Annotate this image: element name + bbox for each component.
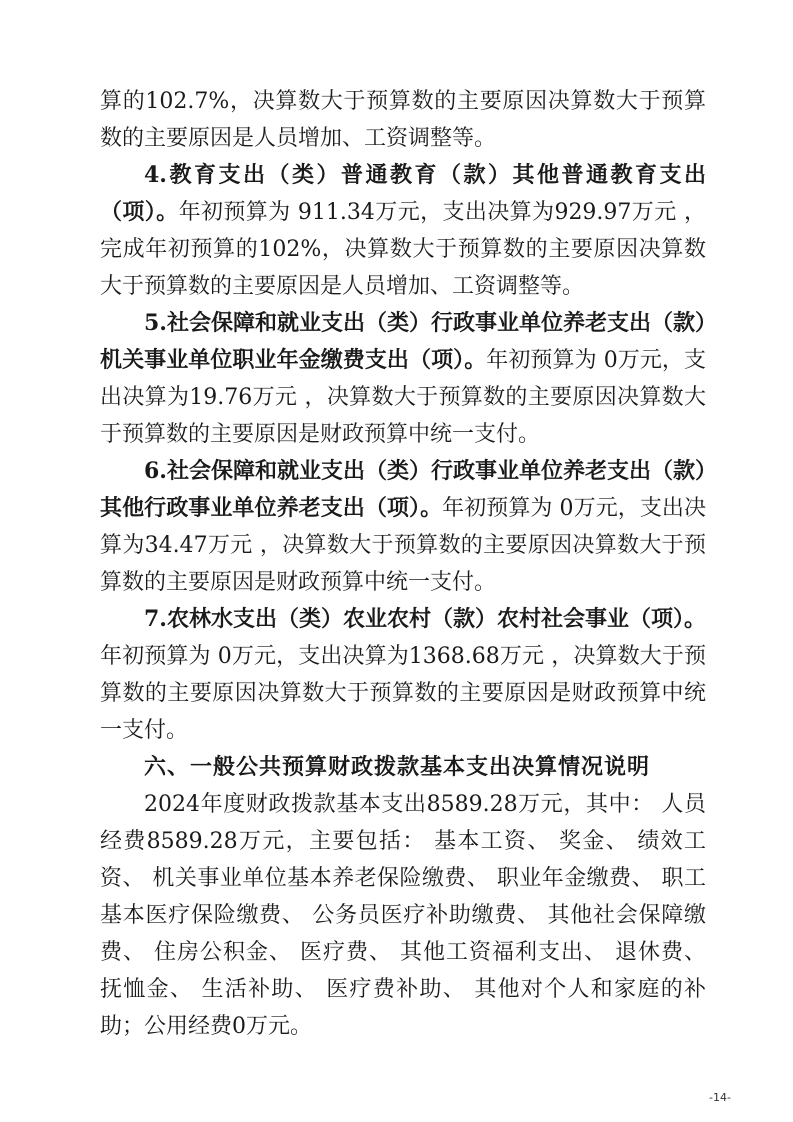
paragraph-body: 2024年度财政拨款基本支出8589.28万元，其中： 人员经费8589.28万…: [100, 786, 706, 1045]
text-run: 2024年度财政拨款基本支出8589.28万元，其中： 人员经费8589.28万…: [100, 792, 706, 1039]
document-body: 算的102.7%，决算数大于预算数的主要原因决算数大于预算数的主要原因是人员增加…: [100, 83, 706, 1045]
text-run: 年初预算为 0万元，支出决算为1368.68万元 ，决算数大于预算数的主要原因决…: [100, 644, 706, 743]
text-run: 年初预算为 911.34万元，支出决算为929.97万元 ，完成年初预算的102…: [100, 200, 706, 299]
bold-run: 六、一般公共预算财政拨款基本支出决算情况说明: [144, 755, 650, 780]
paragraph-heading: 六、一般公共预算财政拨款基本支出决算情况说明: [100, 749, 706, 786]
paragraph-continuation: 算的102.7%，决算数大于预算数的主要原因决算数大于预算数的主要原因是人员增加…: [100, 83, 706, 157]
paragraph-item: 6.社会保障和就业支出（类）行政事业单位养老支出（款）其他行政事业单位养老支出（…: [100, 453, 706, 601]
text-run: 算的102.7%，决算数大于预算数的主要原因决算数大于预算数的主要原因是人员增加…: [100, 89, 706, 151]
paragraph-item: 4.教育支出（类）普通教育（款）其他普通教育支出（项）。年初预算为 911.34…: [100, 157, 706, 305]
document-page: 算的102.7%，决算数大于预算数的主要原因决算数大于预算数的主要原因是人员增加…: [0, 0, 793, 1122]
page-number: -14-: [688, 1091, 752, 1105]
paragraph-item: 5.社会保障和就业支出（类）行政事业单位养老支出（款）机关事业单位职业年金缴费支…: [100, 305, 706, 453]
paragraph-item: 7.农林水支出（类）农业农村（款）农村社会事业（项）。年初预算为 0万元，支出决…: [100, 601, 706, 749]
bold-run: 7.农林水支出（类）农业农村（款）农村社会事业（项）。: [144, 606, 706, 632]
